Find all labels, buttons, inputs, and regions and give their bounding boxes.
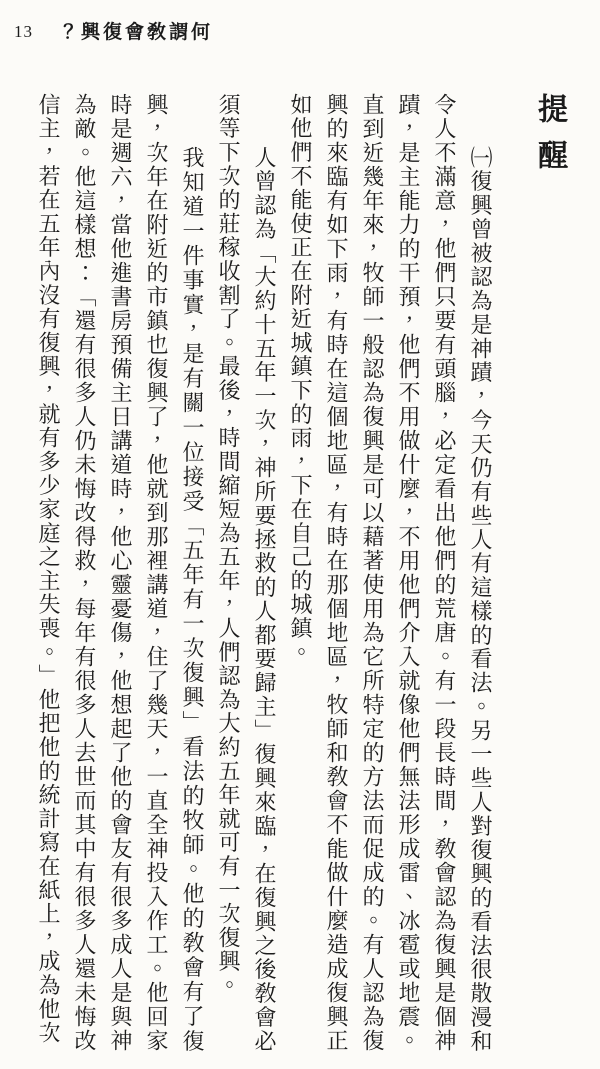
paragraph-pastor-story: 我知道一件事實，是有關一位接受「五年有一次復興」看法的牧師。他的敎會有了復興，次…	[30, 93, 210, 1053]
page-number: 13	[14, 22, 33, 41]
paragraph-revival-as-miracle: ㈠復興曾被認為是神蹟，今天仍有些人有這樣的看法。另一些人對復興的看法很散漫和令人…	[282, 93, 498, 1053]
page-header: 13？興復會敎謂何	[14, 17, 213, 44]
article-title: 提醒	[528, 93, 570, 1053]
article-body: 提醒 ㈠復興曾被認為是神蹟，今天仍有些人有這樣的看法。另一些人對復興的看法很散漫…	[30, 93, 570, 1053]
book-page: 13？興復會敎謂何 提醒 ㈠復興曾被認為是神蹟，今天仍有些人有這樣的看法。另一些…	[0, 0, 600, 1069]
running-title: ？興復會敎謂何	[59, 22, 213, 43]
paragraph-fifteen-year-cycle: 人曾認為「大約十五年一次，神所要拯救的人都要歸主」復興來臨，在復興之後敎會必須等…	[210, 93, 282, 1053]
